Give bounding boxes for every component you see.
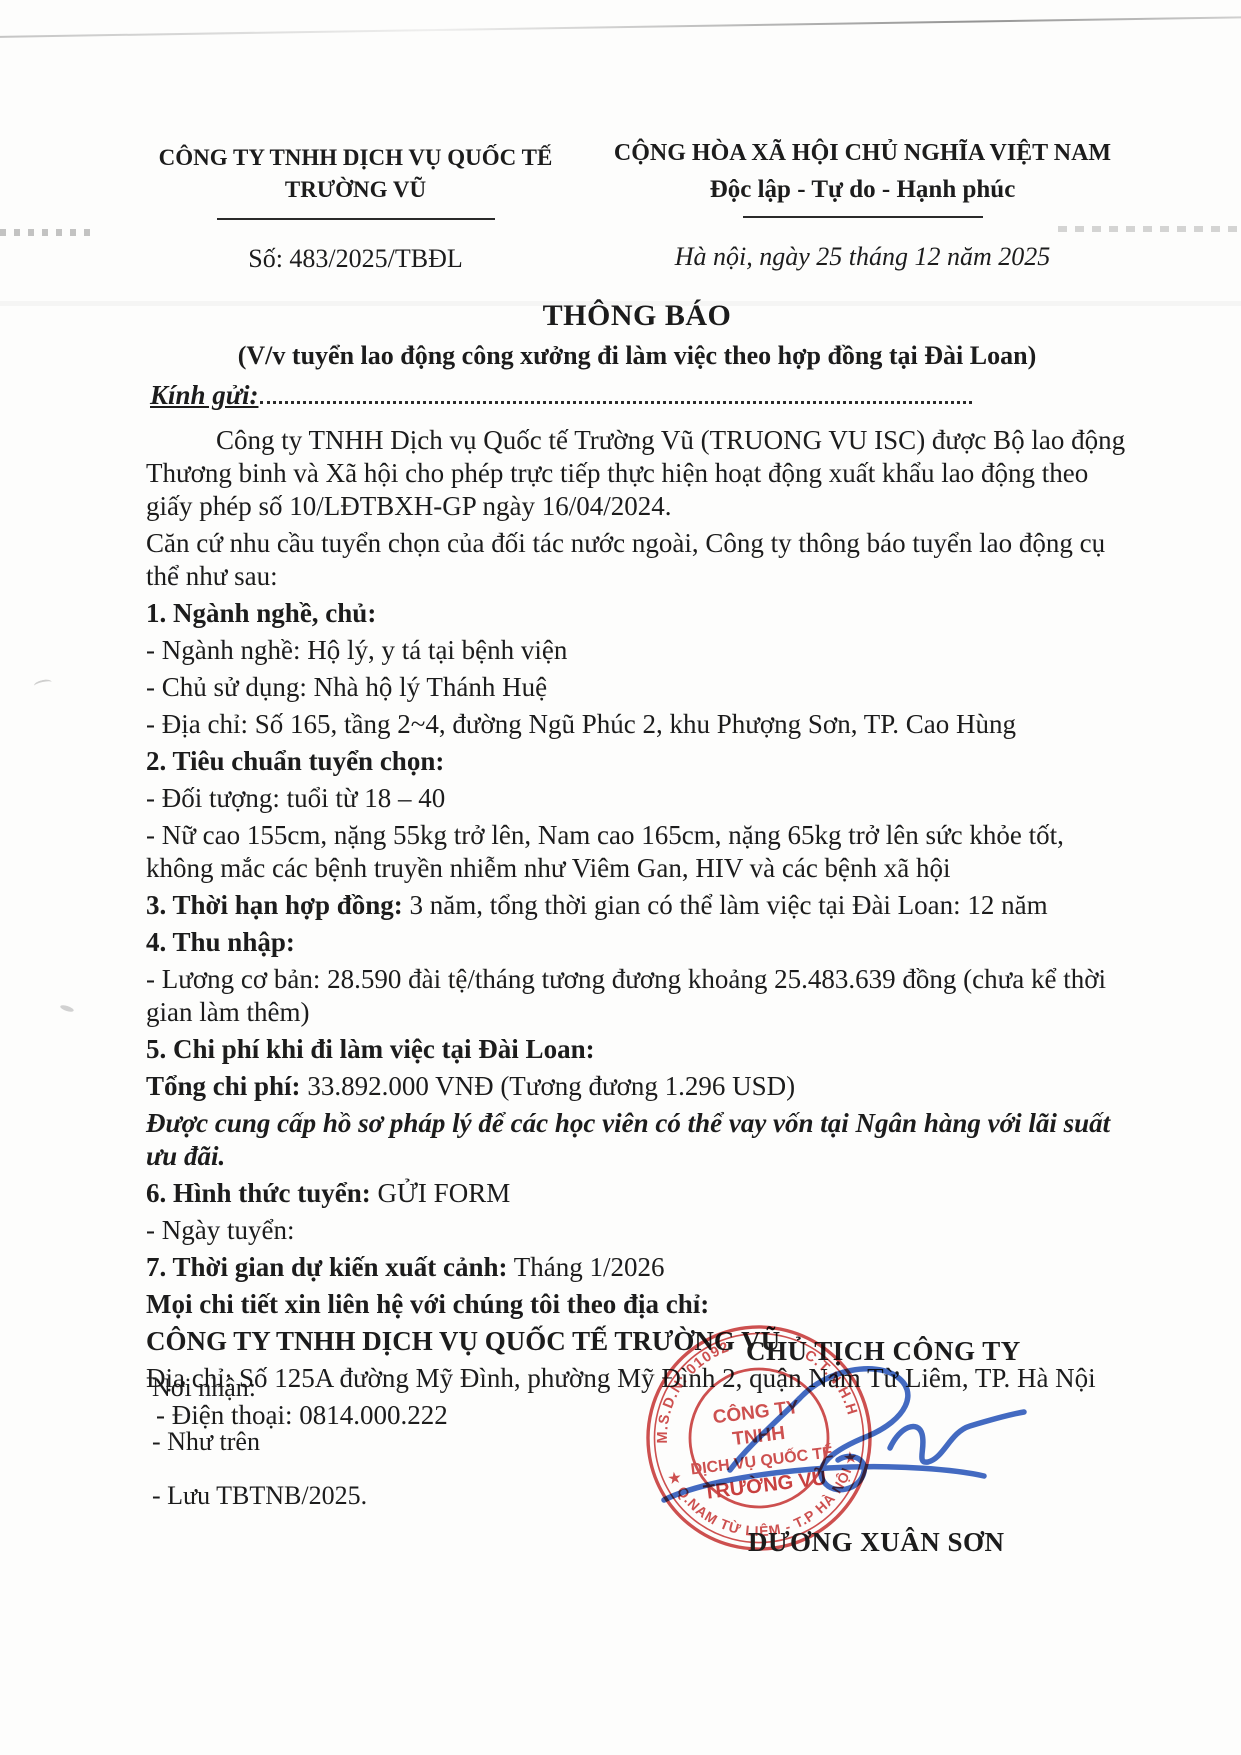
section-4-heading: 4. Thu nhập: [146, 926, 1128, 959]
section-1-item: - Chủ sử dụng: Nhà hộ lý Thánh Huệ [146, 671, 1128, 704]
dotted-leader [260, 401, 972, 404]
section-5-note: Được cung cấp hồ sơ pháp lý để các học v… [146, 1107, 1128, 1173]
handwritten-signature [628, 1328, 1028, 1518]
section-5-heading: 5. Chi phí khi đi làm việc tại Đài Loan: [146, 1033, 1128, 1066]
signer-name: DƯƠNG XUÂN SƠN [748, 1527, 1028, 1558]
contact-heading: Mọi chi tiết xin liên hệ với chúng tôi t… [146, 1288, 1128, 1321]
recipients-item: - Như trên [152, 1427, 367, 1457]
total-cost-text: 33.892.000 VNĐ (Tương đương 1.296 USD) [301, 1071, 796, 1101]
document-page: CÔNG TY TNHH DỊCH VỤ QUỐC TẾ TRƯỜNG VŨ C… [0, 0, 1241, 1755]
section-1-heading: 1. Ngành nghề, chủ: [146, 597, 1128, 630]
section-2-item: - Nữ cao 155cm, nặng 55kg trở lên, Nam c… [146, 819, 1128, 885]
section-3-heading: 3. Thời hạn hợp đồng: [146, 890, 403, 920]
date-line: Hà nội, ngày 25 tháng 12 năm 2025 [605, 242, 1120, 272]
section-6-heading: 6. Hình thức tuyển: [146, 1178, 371, 1208]
company-name-line2: TRƯỜNG VŨ [148, 174, 563, 206]
section-4-item: - Lương cơ bản: 28.590 đài tệ/tháng tươn… [146, 963, 1128, 1029]
section-6-item: - Ngày tuyển: [146, 1214, 1128, 1247]
section-2-heading: 2. Tiêu chuẩn tuyển chọn: [146, 745, 1128, 778]
section-7-heading: 7. Thời gian dự kiến xuất cảnh: [146, 1252, 508, 1282]
section-3-text: 3 năm, tổng thời gian có thể làm việc tạ… [403, 890, 1048, 920]
national-motto-rule [743, 216, 983, 218]
page-title: THÔNG BÁO [146, 299, 1128, 333]
salutation-label: Kính gửi: [150, 380, 258, 411]
salutation-row: Kính gửi: [150, 380, 1128, 411]
page-subtitle: (V/v tuyển lao động công xưởng đi làm vi… [146, 341, 1128, 371]
company-name-line1: CÔNG TY TNHH DỊCH VỤ QUỐC TẾ [148, 142, 563, 174]
company-header-block: CÔNG TY TNHH DỊCH VỤ QUỐC TẾ TRƯỜNG VŨ [148, 142, 563, 220]
scan-artifact-band-left [0, 229, 96, 236]
intro-paragraph-1: Công ty TNHH Dịch vụ Quốc tế Trường Vũ (… [146, 424, 1128, 523]
national-motto: Độc lập - Tự do - Hạnh phúc [605, 176, 1120, 204]
document-body: Công ty TNHH Dịch vụ Quốc tế Trường Vũ (… [146, 414, 1128, 1432]
section-1-item: - Ngành nghề: Hộ lý, y tá tại bệnh viện [146, 634, 1128, 667]
document-number: Số: 483/2025/TBĐL [148, 244, 563, 274]
section-7-line: 7. Thời gian dự kiến xuất cảnh: Tháng 1/… [146, 1251, 1128, 1284]
scan-artifact-smudge [33, 678, 52, 690]
section-1-item: - Địa chỉ: Số 165, tầng 2~4, đường Ngũ P… [146, 708, 1128, 741]
national-motto-block: CỘNG HÒA XÃ HỘI CHỦ NGHĨA VIỆT NAM Độc l… [605, 138, 1120, 218]
scan-artifact-band-right [1058, 226, 1241, 232]
total-cost-label: Tổng chi phí: [146, 1071, 301, 1101]
section-6-line: 6. Hình thức tuyển: GỬI FORM [146, 1177, 1128, 1210]
section-3-line: 3. Thời hạn hợp đồng: 3 năm, tổng thời g… [146, 889, 1128, 922]
recipients-block: Nơi nhận: - Như trên - Lưu TBTNB/2025. [152, 1373, 367, 1511]
recipients-label: Nơi nhận: [152, 1373, 367, 1403]
company-header-rule [217, 218, 495, 220]
scan-artifact-top-line [0, 16, 1241, 38]
section-6-text: GỬI FORM [371, 1178, 510, 1208]
intro-paragraph-2: Căn cứ nhu cầu tuyển chọn của đối tác nư… [146, 527, 1128, 593]
section-7-text: Tháng 1/2026 [508, 1252, 665, 1282]
scan-artifact-smudge [60, 1004, 75, 1013]
national-title: CỘNG HÒA XÃ HỘI CHỦ NGHĨA VIỆT NAM [605, 138, 1120, 168]
recipients-item: - Lưu TBTNB/2025. [152, 1481, 367, 1511]
section-2-item: - Đối tượng: tuổi từ 18 – 40 [146, 782, 1128, 815]
section-5-total-line: Tổng chi phí: 33.892.000 VNĐ (Tương đươn… [146, 1070, 1128, 1103]
